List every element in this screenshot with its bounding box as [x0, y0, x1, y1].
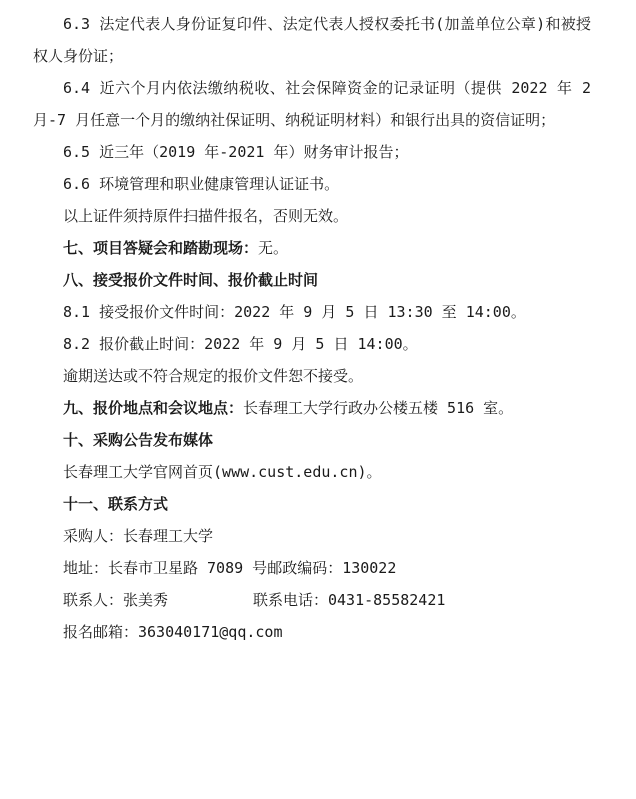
- address-row: 地址：长春市卫星路 7089 号邮政编码：130022: [33, 552, 591, 584]
- registration-email-line: 报名邮箱：363040171@qq.com: [33, 616, 591, 648]
- contact-person-row: 联系人：张美秀联系电话：0431-85582421: [33, 584, 591, 616]
- section-11-heading: 十一、联系方式: [33, 488, 591, 520]
- section-7-heading: 七、项目答疑会和踏勘现场：无。: [33, 232, 591, 264]
- document-page: 6.3 法定代表人身份证复印件、法定代表人授权委托书(加盖单位公章)和被授权人身…: [0, 0, 636, 799]
- contact-phone-value: 联系电话：0431-85582421: [253, 591, 445, 609]
- note-late-submission: 逾期送达或不符合规定的报价文件恕不接受。: [33, 360, 591, 392]
- buyer-line: 采购人：长春理工大学: [33, 520, 591, 552]
- clause-8-2: 8.2 报价截止时间：2022 年 9 月 5 日 14:00。: [33, 328, 591, 360]
- section-9-heading: 九、报价地点和会议地点：长春理工大学行政办公楼五楼 516 室。: [33, 392, 591, 424]
- section-7-label: 七、项目答疑会和踏勘现场：: [63, 239, 258, 257]
- section-8-heading: 八、接受报价文件时间、报价截止时间: [33, 264, 591, 296]
- announcement-media-line: 长春理工大学官网首页(www.cust.edu.cn)。: [33, 456, 591, 488]
- postal-code-value: 邮政编码：130022: [267, 559, 396, 577]
- clause-6-3: 6.3 法定代表人身份证复印件、法定代表人授权委托书(加盖单位公章)和被授权人身…: [33, 8, 591, 72]
- section-8-label: 八、接受报价文件时间、报价截止时间: [63, 271, 318, 289]
- section-9-value: 长春理工大学行政办公楼五楼 516 室。: [243, 399, 513, 417]
- section-7-value: 无。: [258, 239, 288, 257]
- section-9-label: 九、报价地点和会议地点：: [63, 399, 243, 417]
- clause-6-6: 6.6 环境管理和职业健康管理认证证书。: [33, 168, 591, 200]
- clause-6-5: 6.5 近三年（2019 年-2021 年）财务审计报告；: [33, 136, 591, 168]
- section-10-heading: 十、采购公告发布媒体: [33, 424, 591, 456]
- address-value: 地址：长春市卫星路 7089 号: [63, 552, 267, 584]
- section-10-label: 十、采购公告发布媒体: [63, 431, 213, 449]
- contact-person-value: 联系人：张美秀: [63, 584, 253, 616]
- clause-8-1: 8.1 接受报价文件时间：2022 年 9 月 5 日 13:30 至 14:0…: [33, 296, 591, 328]
- note-originals-required: 以上证件须持原件扫描件报名，否则无效。: [33, 200, 591, 232]
- section-11-label: 十一、联系方式: [63, 495, 168, 513]
- clause-6-4: 6.4 近六个月内依法缴纳税收、社会保障资金的记录证明（提供 2022 年 2 …: [33, 72, 591, 136]
